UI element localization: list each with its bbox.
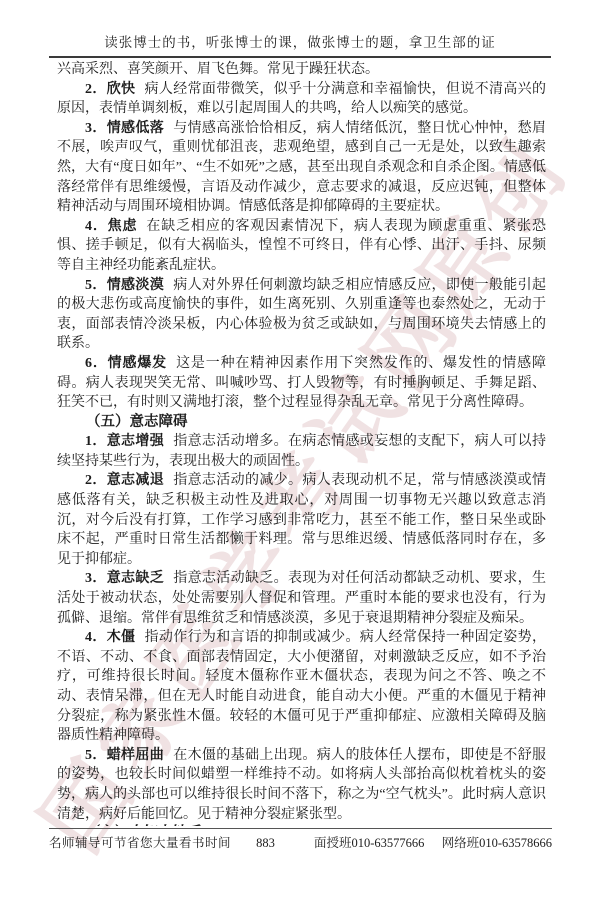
- document-page: 读张博士的书，听张博士的课，做张博士的题，拿卫生部的证 国家医学考试网原创 兴高…: [0, 0, 600, 912]
- term-bold: 2．意志减退: [85, 473, 164, 488]
- paragraph: 2．欣快病人经常面带微笑，似乎十分满意和幸福愉快，但说不清高兴的原因，表情单调刻…: [57, 80, 546, 119]
- paragraph: 4．木僵指动作行为和言语的抑制或减少。病人经常保持一种固定姿势，不语、不动、不食…: [57, 628, 546, 746]
- term-bold: 5．情感淡漠: [85, 278, 164, 293]
- term-bold: 2．欣快: [85, 82, 135, 97]
- paragraph: 3．情感低落与情感高涨恰恰相反，病人情绪低沉，整日忧心忡忡，愁眉不展，唉声叹气，…: [57, 119, 546, 217]
- paragraph: 4．焦虑在缺乏相应的客观因素情况下，病人表现为顾虑重重、紧张恐惧、搓手顿足，似有…: [57, 217, 546, 276]
- term-bold: （五）意志障碍: [86, 414, 188, 430]
- paragraph: 6．情感爆发这是一种在精神因素作用下突然发作的、爆发性的情感障碍。病人表现哭笑无…: [57, 354, 546, 413]
- paragraph-text: 兴高采烈、喜笑颜开、眉飞色舞。常见于躁狂状态。: [57, 62, 379, 77]
- page-header: 读张博士的书，听张博士的课，做张博士的题，拿卫生部的证: [0, 0, 600, 58]
- paragraph: 3．意志缺乏指意志活动缺乏。表现为对任何活动都缺乏动机、要求，生活处于被动状态，…: [57, 569, 546, 628]
- paragraph: 5．蜡样屈曲在木僵的基础上出现。病人的肢体任人摆布，即使是不舒服的姿势，也较长时…: [57, 746, 546, 824]
- paragraph: 1．意志增强指意志活动增多。在病态情感或妄想的支配下，病人可以持续坚持某些行为，…: [57, 432, 546, 471]
- term-bold: 3．情感低落: [85, 121, 164, 136]
- page-number: 883: [256, 836, 275, 851]
- section-heading: （五）意志障碍: [57, 413, 546, 433]
- term-bold: 4．焦虑: [85, 219, 137, 234]
- footer-phone-onsite: 面授班010-63577666: [314, 836, 424, 850]
- header-rule: [49, 56, 551, 58]
- paragraph-text: 指动作行为和言语的抑制或减少。病人经常保持一种固定姿势，不语、不动、不食、面部表…: [57, 630, 546, 743]
- body-text: 兴高采烈、喜笑颜开、眉飞色舞。常见于躁狂状态。2．欣快病人经常面带微笑，似乎十分…: [57, 60, 546, 826]
- page-footer: 名师辅导可节省您大量看书时间 883 面授班010-63577666 网络班01…: [49, 828, 552, 851]
- paragraph: 2．意志减退指意志活动的减少。病人表现动机不足，常与情感淡漠或情感低落有关，缺乏…: [57, 471, 546, 569]
- footer-contacts: 面授班010-63577666 网络班010-63578666: [300, 833, 552, 851]
- paragraph: 兴高采烈、喜笑颜开、眉飞色舞。常见于躁狂状态。: [57, 60, 546, 80]
- paragraph: 5．情感淡漠病人对外界任何刺激均缺乏相应情感反应，即使一般能引起的极大悲伤或高度…: [57, 276, 546, 354]
- footer-slogan: 名师辅导可节省您大量看书时间: [49, 833, 231, 851]
- term-bold: 4．木僵: [85, 630, 135, 645]
- term-bold: 5．蜡样屈曲: [85, 748, 164, 763]
- term-bold: 3．意志缺乏: [85, 571, 164, 586]
- term-bold: （六）自知力缺乏: [86, 825, 202, 826]
- header-slogan: 读张博士的书，听张博士的课，做张博士的题，拿卫生部的证: [0, 0, 600, 51]
- footer-phone-online: 网络班010-63578666: [442, 836, 552, 850]
- section-heading: （六）自知力缺乏: [57, 824, 546, 826]
- term-bold: 6．情感爆发: [85, 356, 167, 371]
- term-bold: 1．意志增强: [85, 434, 164, 449]
